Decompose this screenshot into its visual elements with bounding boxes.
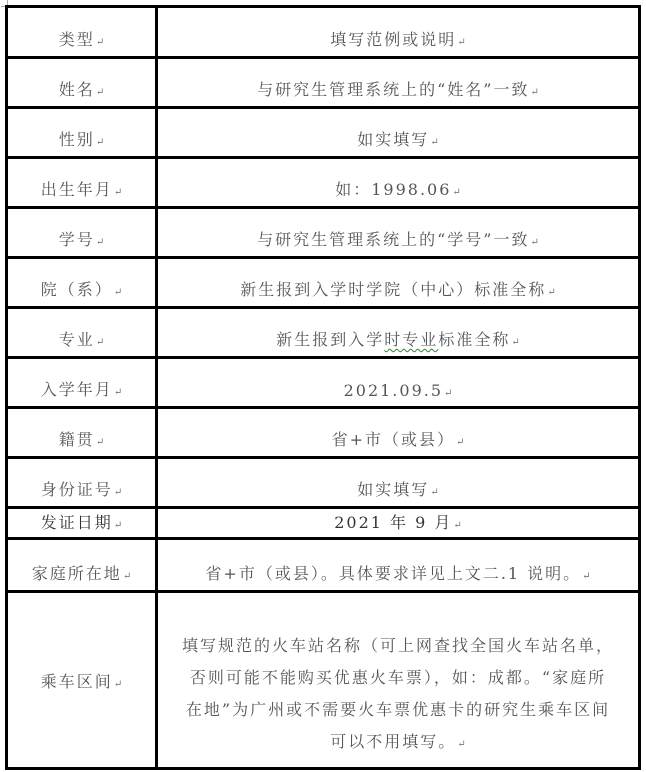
paragraph-mark-icon: ↵ [96, 137, 104, 148]
row-label: 姓名 [59, 80, 95, 99]
row-value-cell[interactable]: 新生报到入学时学院（中心）标准全称↵ [157, 258, 640, 308]
table-row: 乘车区间↵ 填写规范的火车站名称（可上网查找全国火车站名单， 否则可能不能购买优… [7, 592, 640, 769]
paragraph-mark-icon: ↵ [114, 487, 122, 498]
row-label-cell[interactable]: 院（系）↵ [7, 258, 157, 308]
row-value-cell[interactable]: 填写规范的火车站名称（可上网查找全国火车站名单， 否则可能不能购买优惠火车票），… [157, 592, 640, 769]
row-label-cell[interactable]: 身份证号↵ [7, 458, 157, 508]
row-value-cell[interactable]: 与研究生管理系统上的“姓名”一致↵ [157, 58, 640, 108]
paragraph-mark-icon: ↵ [96, 437, 104, 448]
form-instructions-table: 类型↵ 填写范例或说明↵ 姓名↵ 与研究生管理系统上的“姓名”一致↵ 性别↵ 如… [5, 5, 641, 770]
paragraph-mark-icon: ↵ [123, 571, 131, 582]
paragraph-mark-icon: ↵ [511, 337, 519, 348]
row-label-cell[interactable]: 性别↵ [7, 108, 157, 158]
row-value-cell[interactable]: 与研究生管理系统上的“学号”一致↵ [157, 208, 640, 258]
row-value: 如：1998.06 [335, 180, 451, 199]
table-row: 家庭所在地↵ 省+市（或县）。具体要求详见上文二.1 说明。↵ [7, 539, 640, 592]
grammar-check-underline[interactable]: 时专业 [384, 330, 438, 349]
paragraph-mark-icon: ↵ [114, 387, 122, 398]
paragraph-mark-icon: ↵ [114, 520, 122, 531]
row-label: 出生年月 [41, 180, 113, 199]
header-cell-type[interactable]: 类型↵ [7, 7, 157, 58]
row-label-cell[interactable]: 学号↵ [7, 208, 157, 258]
row-label: 身份证号 [41, 480, 113, 499]
row-value-part: 新生报到入学 [276, 330, 384, 349]
row-label: 家庭所在地 [32, 564, 122, 583]
paragraph-mark-icon: ↵ [457, 739, 465, 750]
table-row: 发证日期↵ 2021 年 9 月↵ [7, 508, 640, 539]
row-label-cell[interactable]: 籍贯↵ [7, 408, 157, 458]
table-header-row: 类型↵ 填写范例或说明↵ [7, 7, 640, 58]
paragraph-mark-icon: ↵ [457, 37, 465, 48]
table-row: 院（系）↵ 新生报到入学时学院（中心）标准全称↵ [7, 258, 640, 308]
paragraph-mark-icon: ↵ [453, 520, 461, 531]
paragraph-mark-icon: ↵ [96, 237, 104, 248]
row-value-cell[interactable]: 省+市（或县）↵ [157, 408, 640, 458]
row-label: 乘车区间 [41, 672, 113, 691]
row-value: 2021.09.5 [344, 381, 443, 400]
paragraph-mark-icon: ↵ [114, 187, 122, 198]
row-label: 入学年月 [41, 380, 113, 399]
row-label: 籍贯 [59, 430, 95, 449]
table-row: 出生年月↵ 如：1998.06↵ [7, 158, 640, 208]
row-label-cell[interactable]: 姓名↵ [7, 58, 157, 108]
row-label-cell[interactable]: 入学年月↵ [7, 358, 157, 408]
row-label-cell[interactable]: 家庭所在地↵ [7, 539, 157, 592]
row-label: 学号 [59, 230, 95, 249]
table-row: 入学年月↵ 2021.09.5↵ [7, 358, 640, 408]
row-label: 院（系） [41, 280, 113, 299]
row-value-part: 标准全称 [438, 330, 510, 349]
header-value-text: 填写范例或说明 [330, 30, 456, 49]
row-label-cell[interactable]: 专业↵ [7, 308, 157, 358]
row-value-line: 否则可能不能购买优惠火车票），如：成都。“家庭所 [162, 662, 634, 694]
row-label: 性别 [59, 130, 95, 149]
table-row: 姓名↵ 与研究生管理系统上的“姓名”一致↵ [7, 58, 640, 108]
row-value-cell[interactable]: 如实填写↵ [157, 108, 640, 158]
paragraph-mark-icon: ↵ [430, 137, 438, 148]
table-row: 性别↵ 如实填写↵ [7, 108, 640, 158]
row-value: 与研究生管理系统上的“学号”一致 [257, 230, 529, 249]
header-label-text: 类型 [59, 30, 95, 49]
header-cell-description[interactable]: 填写范例或说明↵ [157, 7, 640, 58]
paragraph-mark-icon: ↵ [96, 37, 104, 48]
row-value-cell[interactable]: 2021.09.5↵ [157, 358, 640, 408]
paragraph-mark-icon: ↵ [582, 571, 590, 582]
row-value-line: 填写规范的火车站名称（可上网查找全国火车站名单， [162, 630, 634, 662]
row-value-line: 可以不用填写。 [330, 732, 456, 751]
row-value-cell[interactable]: 如：1998.06↵ [157, 158, 640, 208]
paragraph-mark-icon: ↵ [96, 337, 104, 348]
row-value: 如实填写 [357, 480, 429, 499]
paragraph-mark-icon: ↵ [96, 87, 104, 98]
row-label: 发证日期 [41, 513, 113, 532]
row-value: 如实填写 [357, 130, 429, 149]
table-row: 籍贯↵ 省+市（或县）↵ [7, 408, 640, 458]
row-label-cell[interactable]: 发证日期↵ [7, 508, 157, 539]
table-row: 专业↵ 新生报到入学时专业标准全称↵ [7, 308, 640, 358]
row-value: 省+市（或县） [332, 430, 455, 449]
row-value: 与研究生管理系统上的“姓名”一致 [257, 80, 529, 99]
paragraph-mark-icon: ↵ [452, 187, 460, 198]
paragraph-mark-icon: ↵ [444, 388, 452, 399]
paragraph-mark-icon: ↵ [456, 437, 464, 448]
paragraph-mark-icon: ↵ [530, 87, 538, 98]
row-value-cell[interactable]: 2021 年 9 月↵ [157, 508, 640, 539]
row-label: 专业 [59, 330, 95, 349]
table-row: 身份证号↵ 如实填写↵ [7, 458, 640, 508]
row-value-cell[interactable]: 新生报到入学时专业标准全称↵ [157, 308, 640, 358]
row-value: 2021 年 9 月 [334, 513, 452, 532]
paragraph-mark-icon: ↵ [430, 487, 438, 498]
row-label-cell[interactable]: 出生年月↵ [7, 158, 157, 208]
paragraph-mark-icon: ↵ [530, 237, 538, 248]
row-value-line: 在地”为广州或不需要火车票优惠卡的研究生乘车区间 [162, 694, 634, 726]
row-value: 省+市（或县）。具体要求详见上文二.1 说明。 [205, 564, 581, 583]
table-row: 学号↵ 与研究生管理系统上的“学号”一致↵ [7, 208, 640, 258]
row-value-cell[interactable]: 如实填写↵ [157, 458, 640, 508]
paragraph-mark-icon: ↵ [114, 287, 122, 298]
row-label-cell[interactable]: 乘车区间↵ [7, 592, 157, 769]
row-value: 新生报到入学时学院（中心）标准全称 [240, 280, 546, 299]
paragraph-mark-icon: ↵ [114, 679, 122, 690]
paragraph-mark-icon: ↵ [547, 287, 555, 298]
row-value-cell[interactable]: 省+市（或县）。具体要求详见上文二.1 说明。↵ [157, 539, 640, 592]
